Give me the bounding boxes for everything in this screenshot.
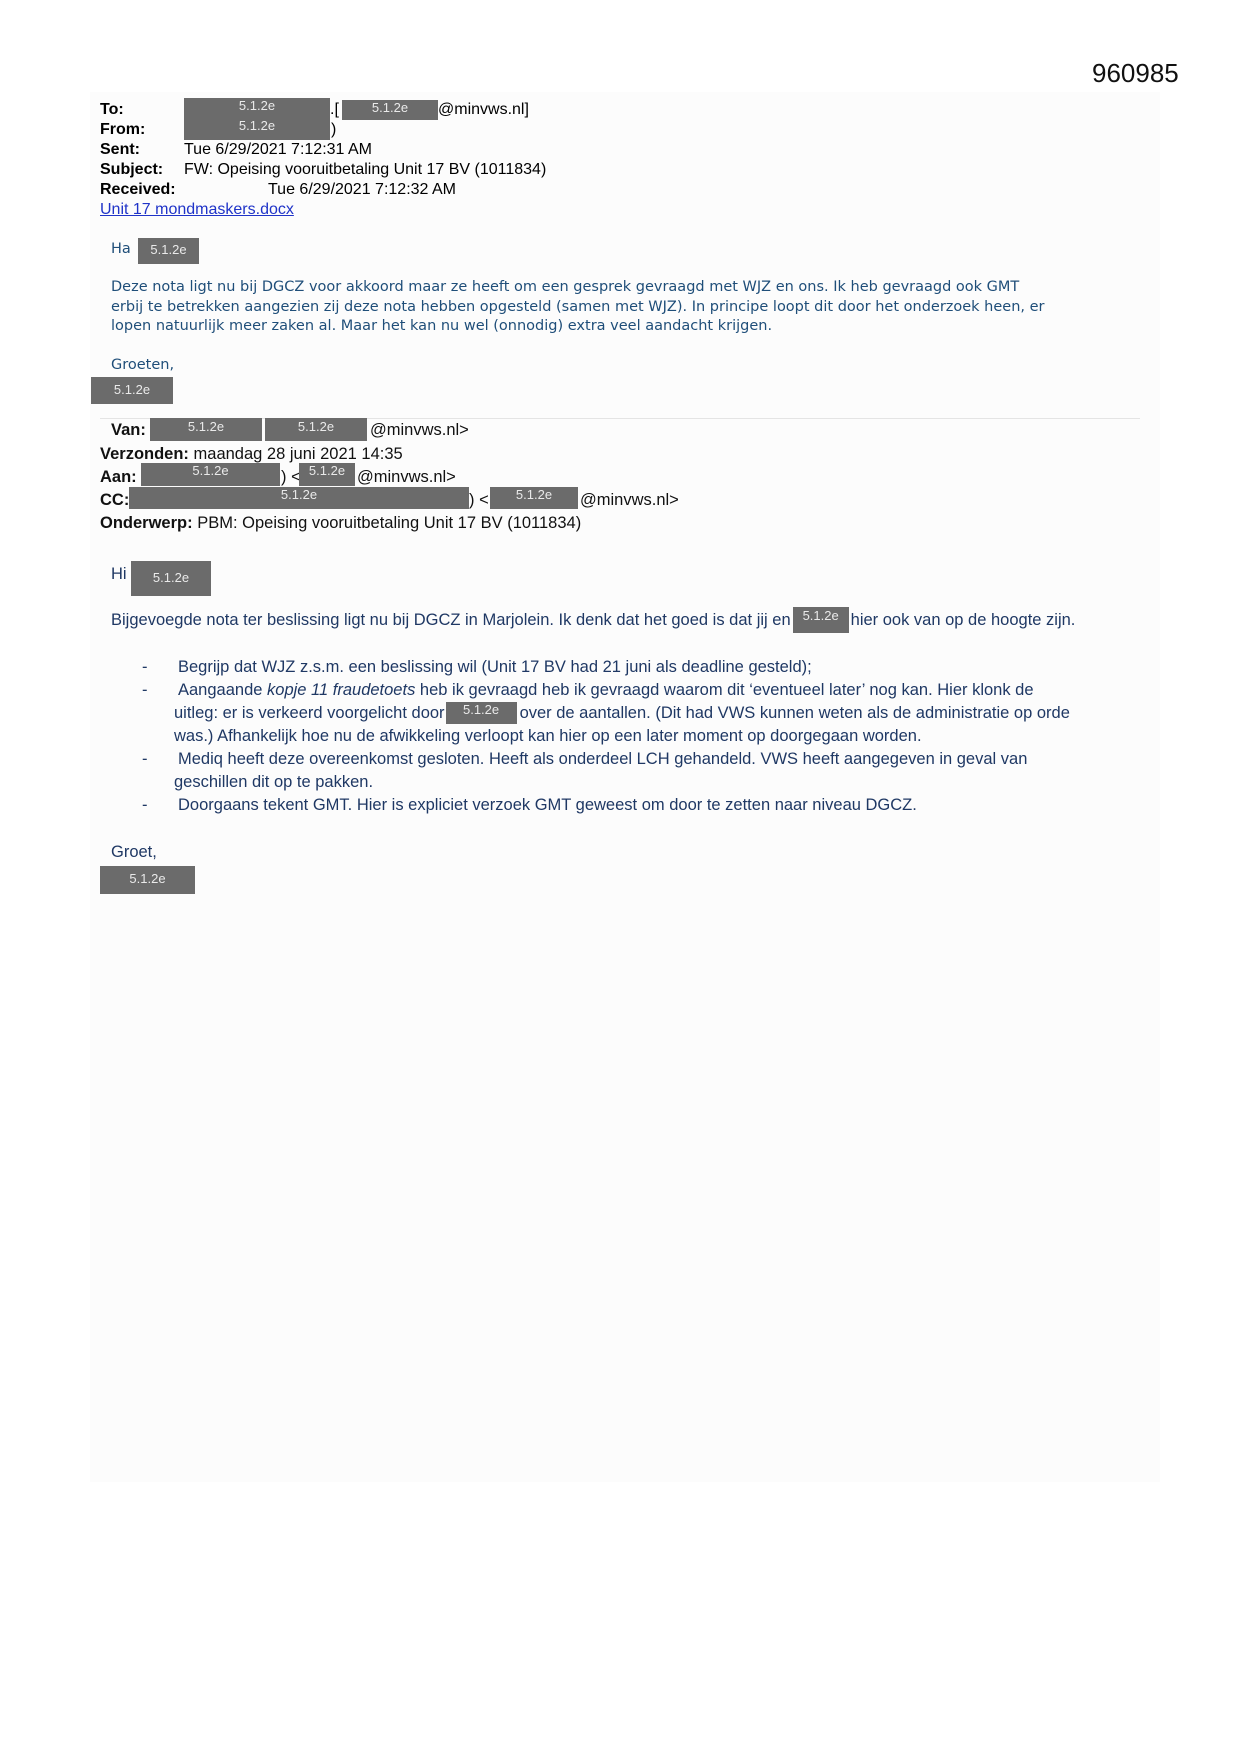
redaction-to-name: 5.1.2e [184,98,330,120]
to-label: To: [100,100,184,120]
redaction-aan-email: 5.1.2e [299,463,355,486]
redaction-to-email: 5.1.2e [342,100,438,120]
fwd-cc-row: CC: [100,491,129,510]
aan-email-domain: @minvws.nl> [357,468,456,487]
bullet-2-post: heb ik gevraagd heb ik gevraagd waarom d… [415,681,1033,699]
reply-greeting: Ha [111,241,131,257]
reply-body-line: lopen natuurlijk meer zaken al. Maar het… [111,317,1045,337]
bullet-2-line-2-after: over de aantallen. (Dit had VWS kunnen w… [520,704,1070,722]
verzonden-value: maandag 28 juni 2021 14:35 [194,445,403,463]
to-row: To: 5.1.2e .[ 5.1.2e @minvws.nl] [100,100,546,120]
bullet-2-pre: Aangaande [178,681,267,699]
bullet-3-line-1: Mediq heeft deze overeenkomst gesloten. … [178,750,1027,769]
reply-body-line: erbij te betrekken aangezien zij deze no… [111,298,1045,318]
redaction-original-greeting: 5.1.2e [131,561,211,596]
redaction-van-email: 5.1.2e [265,418,367,441]
redaction-from: 5.1.2e [184,120,330,140]
fwd-aan-row: Aan: [100,468,137,487]
cc-label: CC: [100,491,129,509]
fwd-verzonden-row: Verzonden: maandag 28 juni 2021 14:35 [100,445,403,464]
bullet-1: Begrijp dat WJZ z.s.m. een beslissing wi… [178,658,812,677]
bullet-dash: - [142,658,148,677]
bullet-2-line-3: was.) Afhankelijk hoe nu de afwikkeling … [174,727,922,746]
received-label: Received: [100,180,268,200]
aan-separator: ) < [281,468,301,487]
bullet-dash: - [142,750,148,769]
intro-after: hier ook van op de hoogte zijn. [851,611,1076,629]
bullet-2-line-2: uitleg: er is verkeerd voorgelicht door5… [174,704,1070,726]
redaction-reply-greeting: 5.1.2e [138,238,199,264]
bullet-2-line-1: Aangaande kopje 11 fraudetoets heb ik ge… [178,681,1034,700]
received-row: Received:Tue 6/29/2021 7:12:32 AM [100,180,546,200]
redaction-aan-name: 5.1.2e [141,463,280,486]
redaction-cc-name: 5.1.2e [129,487,469,509]
bullet-4: Doorgaans tekent GMT. Hier is expliciet … [178,796,917,815]
cc-separator: ) < [469,491,489,510]
from-label: From: [100,120,184,140]
redaction-cc-email: 5.1.2e [490,487,578,509]
reply-body: Deze nota ligt nu bij DGCZ voor akkoord … [111,278,1045,337]
document-number: 960985 [1092,58,1179,89]
van-label: Van: [111,421,146,439]
sent-row: Sent:Tue 6/29/2021 7:12:31 AM [100,140,546,160]
original-closing: Groet, [111,843,157,862]
intro-before: Bijgevoegde nota ter beslissing ligt nu … [111,611,791,629]
original-intro: Bijgevoegde nota ter beslissing ligt nu … [111,611,1075,637]
sent-label: Sent: [100,140,184,160]
bullet-2-italic: kopje 11 fraudetoets [267,681,415,699]
attachment-link[interactable]: Unit 17 mondmaskers.docx [100,201,294,218]
from-row: From: 5.1.2e ) [100,120,546,140]
to-separator: .[ [330,100,339,120]
bullet-3-line-2: geschillen dit op te pakken. [174,773,373,792]
cc-email-domain: @minvws.nl> [580,491,679,510]
verzonden-label: Verzonden: [100,445,189,463]
reply-body-line: Deze nota ligt nu bij DGCZ voor akkoord … [111,278,1045,298]
reply-closing: Groeten, [111,357,174,373]
to-email-domain: @minvws.nl] [438,100,529,120]
received-value: Tue 6/29/2021 7:12:32 AM [268,181,456,198]
redaction-van-name: 5.1.2e [150,418,262,441]
redaction-reply-signature: 5.1.2e [91,377,173,404]
fwd-van-row: Van: [111,421,146,440]
fwd-onderwerp-row: Onderwerp: PBM: Opeising vooruitbetaling… [100,514,581,533]
email-header: To: 5.1.2e .[ 5.1.2e @minvws.nl] From: 5… [100,100,546,220]
aan-label: Aan: [100,468,137,486]
original-greeting: Hi [111,565,127,584]
redaction-intro: 5.1.2e [793,607,849,633]
bullet-dash: - [142,796,148,815]
subject-row: Subject:FW: Opeising vooruitbetaling Uni… [100,160,546,180]
redaction-bullet-2: 5.1.2e [446,702,517,724]
bullet-dash: - [142,681,148,700]
onderwerp-value: PBM: Opeising vooruitbetaling Unit 17 BV… [197,514,581,532]
van-email-domain: @minvws.nl> [370,421,469,440]
subject-value: FW: Opeising vooruitbetaling Unit 17 BV … [184,161,546,178]
redaction-original-signature: 5.1.2e [100,866,195,894]
sent-value: Tue 6/29/2021 7:12:31 AM [184,141,372,158]
onderwerp-label: Onderwerp: [100,514,193,532]
attachment-row: Unit 17 mondmaskers.docx [100,200,546,220]
from-suffix: ) [331,120,336,140]
subject-label: Subject: [100,160,184,180]
bullet-2-line-2-before: uitleg: er is verkeerd voorgelicht door [174,704,445,722]
